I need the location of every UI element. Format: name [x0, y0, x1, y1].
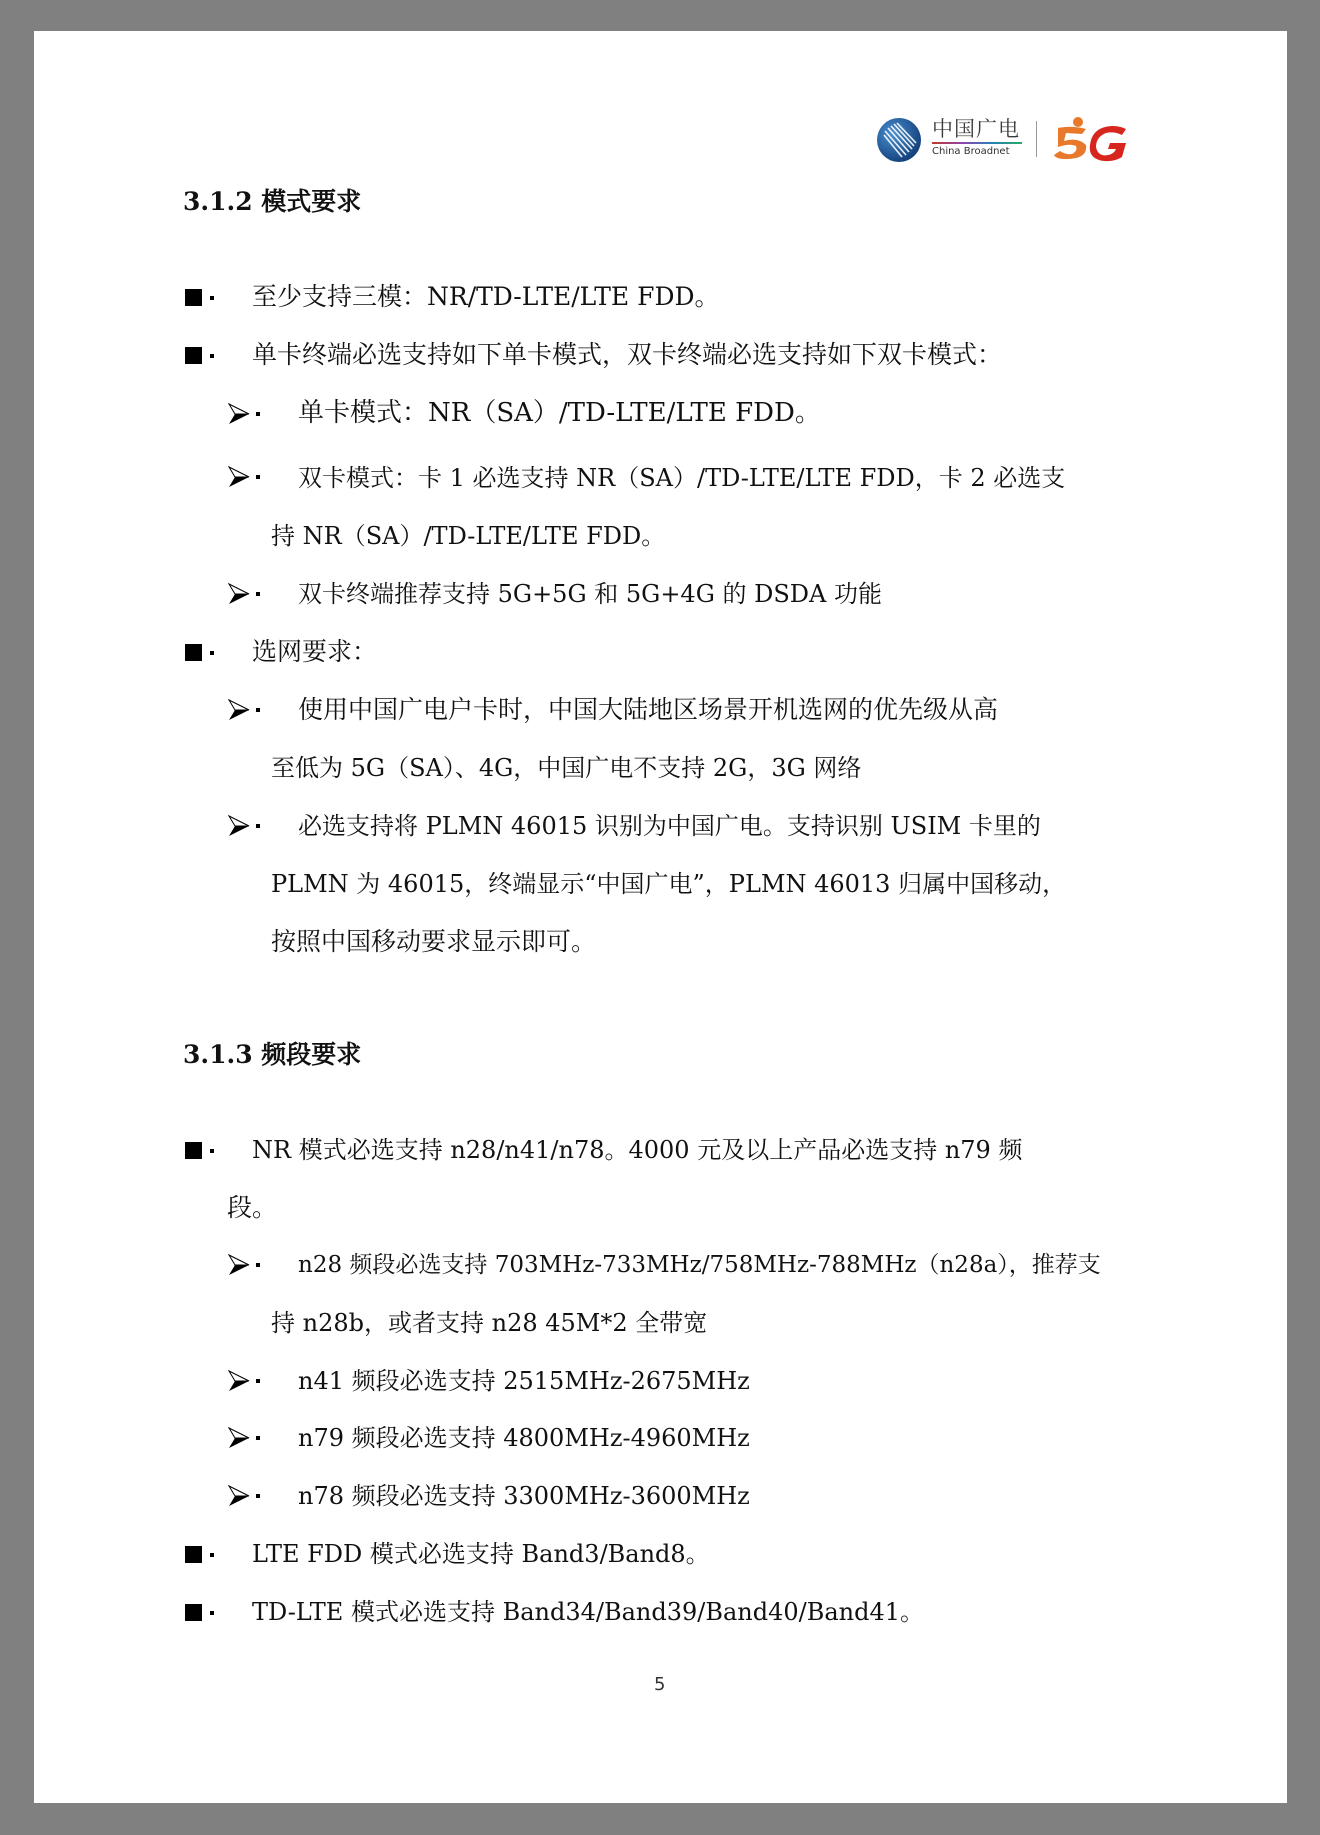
- bullet-dot: [256, 1436, 260, 1440]
- list-item: TD-LTE 模式必选支持 Band34/Band39/Band40/Band4…: [252, 1597, 924, 1627]
- list-item-continuation: 段。: [227, 1193, 277, 1223]
- bullet-dot: [210, 651, 214, 655]
- list-item: n41 频段必选支持 2515MHz-2675MHz: [298, 1366, 750, 1396]
- logo-rule: [932, 142, 1022, 144]
- bullet-dot: [256, 475, 260, 479]
- bullet-dot: [256, 412, 260, 416]
- bullet-dot: [210, 1149, 214, 1153]
- list-item-continuation: 至低为 5G（SA）、4G，中国广电不支持 2G，3G 网络: [271, 753, 861, 783]
- arrow-bullet-icon: [228, 403, 250, 425]
- arrow-bullet-icon: [228, 1254, 250, 1276]
- list-item: NR 模式必选支持 n28/n41/n78。4000 元及以上产品必选支持 n7…: [252, 1135, 1022, 1165]
- bullet-dot: [256, 592, 260, 596]
- bullet-dot: [210, 296, 214, 300]
- arrow-bullet-icon: [228, 1485, 250, 1507]
- bullet-dot: [210, 1611, 214, 1615]
- square-bullet-icon: [185, 1142, 202, 1159]
- list-item: 使用中国广电户卡时，中国大陆地区场景开机选网的优先级从高: [298, 695, 998, 725]
- arrow-bullet-icon: [228, 699, 250, 721]
- logo-cn-text: 中国广电: [932, 117, 1020, 141]
- bullet-dot: [256, 1494, 260, 1498]
- list-item-continuation: 持 NR（SA）/TD-LTE/LTE FDD。: [271, 521, 665, 551]
- list-item-continuation: 按照中国移动要求显示即可。: [271, 927, 596, 957]
- list-item: 至少支持三模：NR/TD-LTE/LTE FDD。: [252, 282, 720, 312]
- china-broadnet-logo: 中国广电 China Broadnet: [876, 115, 1132, 163]
- bullet-dot: [256, 708, 260, 712]
- bullet-dot: [256, 1379, 260, 1383]
- list-item: LTE FDD 模式必选支持 Band3/Band8。: [252, 1539, 710, 1569]
- logo-divider: [1036, 121, 1037, 157]
- list-item: 双卡终端推荐支持 5G+5G 和 5G+4G 的 DSDA 功能: [298, 579, 882, 609]
- page-number: 5: [654, 1674, 665, 1695]
- list-item: 单卡模式：NR（SA）/TD-LTE/LTE FDD。: [298, 398, 821, 428]
- list-item: n79 频段必选支持 4800MHz-4960MHz: [298, 1423, 750, 1453]
- list-item: n28 频段必选支持 703MHz-733MHz/758MHz-788MHz（n…: [298, 1250, 1101, 1280]
- list-item-continuation: 持 n28b，或者支持 n28 45M*2 全带宽: [271, 1308, 707, 1338]
- square-bullet-icon: [185, 644, 202, 661]
- arrow-bullet-icon: [228, 1370, 250, 1392]
- arrow-bullet-icon: [228, 815, 250, 837]
- list-item: 选网要求：: [252, 637, 377, 667]
- arrow-bullet-icon: [228, 583, 250, 605]
- bullet-dot: [256, 824, 260, 828]
- section-heading-3-1-3: 3.1.3 频段要求: [183, 1040, 361, 1070]
- bullet-dot: [210, 1553, 214, 1557]
- bullet-dot: [256, 1263, 260, 1267]
- 5g-logo-icon: [1052, 115, 1130, 163]
- logo-en-text: China Broadnet: [932, 145, 1010, 159]
- arrow-bullet-icon: [228, 466, 250, 488]
- list-item: 双卡模式：卡 1 必选支持 NR（SA）/TD-LTE/LTE FDD，卡 2 …: [298, 463, 1065, 493]
- list-item-continuation: PLMN 为 46015，终端显示“中国广电”，PLMN 46013 归属中国移…: [271, 869, 1066, 899]
- section-heading-3-1-2: 3.1.2 模式要求: [183, 187, 361, 217]
- arrow-bullet-icon: [228, 1427, 250, 1449]
- square-bullet-icon: [185, 289, 202, 306]
- list-item: 必选支持将 PLMN 46015 识别为中国广电。支持识别 USIM 卡里的: [298, 811, 1041, 841]
- globe-icon: [876, 117, 922, 163]
- square-bullet-icon: [185, 1546, 202, 1563]
- square-bullet-icon: [185, 347, 202, 364]
- bullet-dot: [210, 354, 214, 358]
- list-item: 单卡终端必选支持如下单卡模式，双卡终端必选支持如下双卡模式：: [252, 340, 1002, 370]
- list-item: n78 频段必选支持 3300MHz-3600MHz: [298, 1481, 750, 1511]
- square-bullet-icon: [185, 1604, 202, 1621]
